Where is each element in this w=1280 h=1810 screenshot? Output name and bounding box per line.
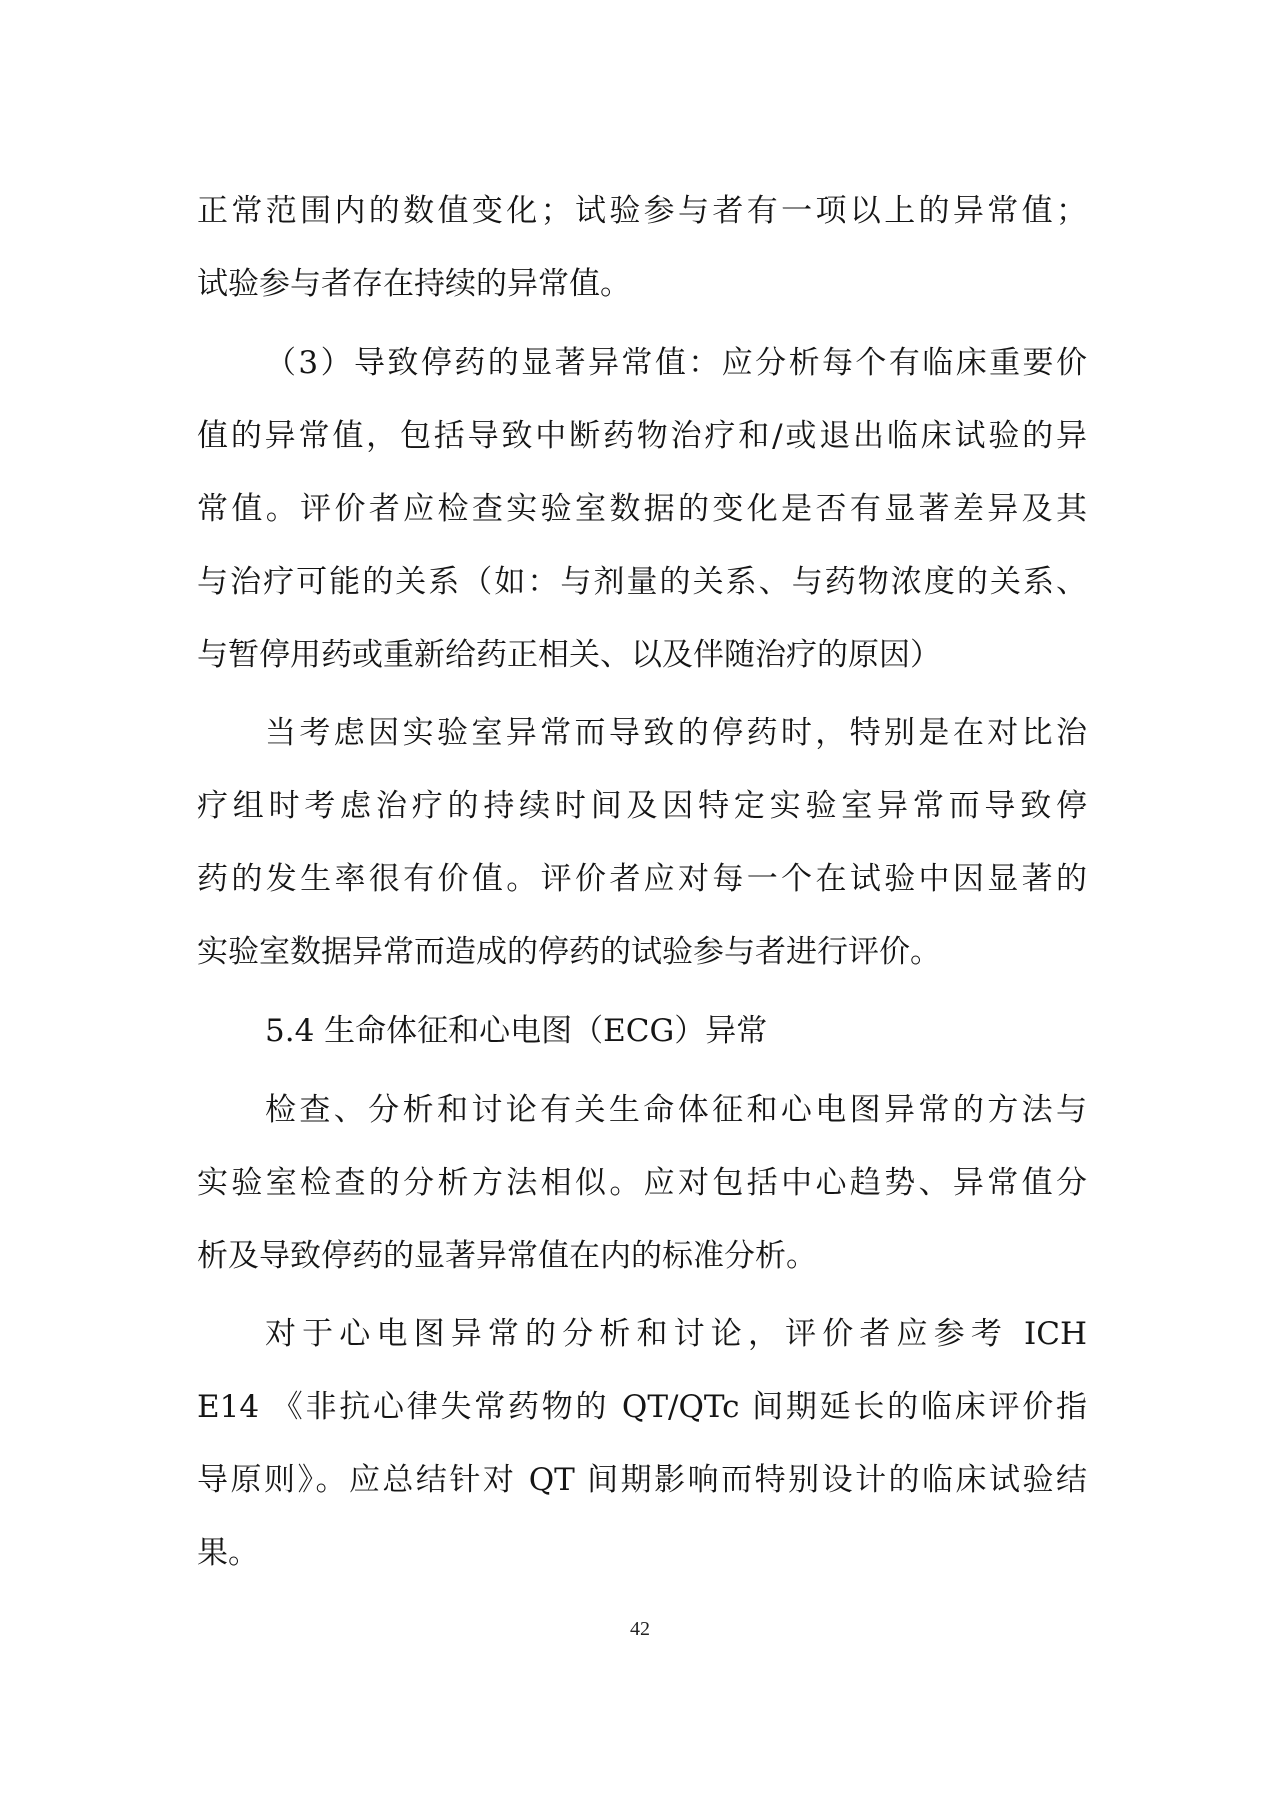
paragraph-line: 实验室数据异常而造成的停药的试验参与者进行评价。 — [197, 932, 1087, 972]
paragraph-line: 果。 — [197, 1533, 1087, 1573]
paragraph-line: 值的异常值，包括导致中断药物治疗和/或退出临床试验的异 — [197, 416, 1087, 456]
paragraph-line: 析及导致停药的显著异常值在内的标准分析。 — [197, 1236, 1087, 1276]
paragraph-line: E14 《非抗心律失常药物的 QT/QTc 间期延长的临床评价指 — [197, 1387, 1087, 1427]
paragraph-line: 药的发生率很有价值。评价者应对每一个在试验中因显著的 — [197, 859, 1087, 899]
paragraph-line: 对于心电图异常的分析和讨论，评价者应参考 ICH — [265, 1314, 1087, 1354]
paragraph-line: 与暂停用药或重新给药正相关、以及伴随治疗的原因） — [197, 635, 1087, 675]
paragraph-line: 正常范围内的数值变化；试验参与者有一项以上的异常值； — [197, 191, 1087, 231]
paragraph-line: 疗组时考虑治疗的持续时间及因特定实验室异常而导致停 — [197, 786, 1087, 826]
paragraph-line: 常值。评价者应检查实验室数据的变化是否有显著差异及其 — [197, 489, 1087, 529]
paragraph-line: 当考虑因实验室异常而导致的停药时，特别是在对比治 — [265, 713, 1087, 753]
paragraph-line: （3）导致停药的显著异常值：应分析每个有临床重要价 — [265, 343, 1087, 383]
paragraph-line: 试验参与者存在持续的异常值。 — [197, 264, 1087, 304]
section-heading: 5.4 生命体征和心电图（ECG）异常 — [265, 1011, 1087, 1051]
page-number: 42 — [600, 1618, 680, 1641]
document-page: 正常范围内的数值变化；试验参与者有一项以上的异常值； 试验参与者存在持续的异常值… — [0, 0, 1280, 1810]
paragraph-line: 导原则》。应总结针对 QT 间期影响而特别设计的临床试验结 — [197, 1460, 1087, 1500]
paragraph-line: 实验室检查的分析方法相似。应对包括中心趋势、异常值分 — [197, 1163, 1087, 1203]
paragraph-line: 与治疗可能的关系（如：与剂量的关系、与药物浓度的关系、 — [197, 562, 1087, 602]
paragraph-line: 检查、分析和讨论有关生命体征和心电图异常的方法与 — [265, 1090, 1087, 1130]
